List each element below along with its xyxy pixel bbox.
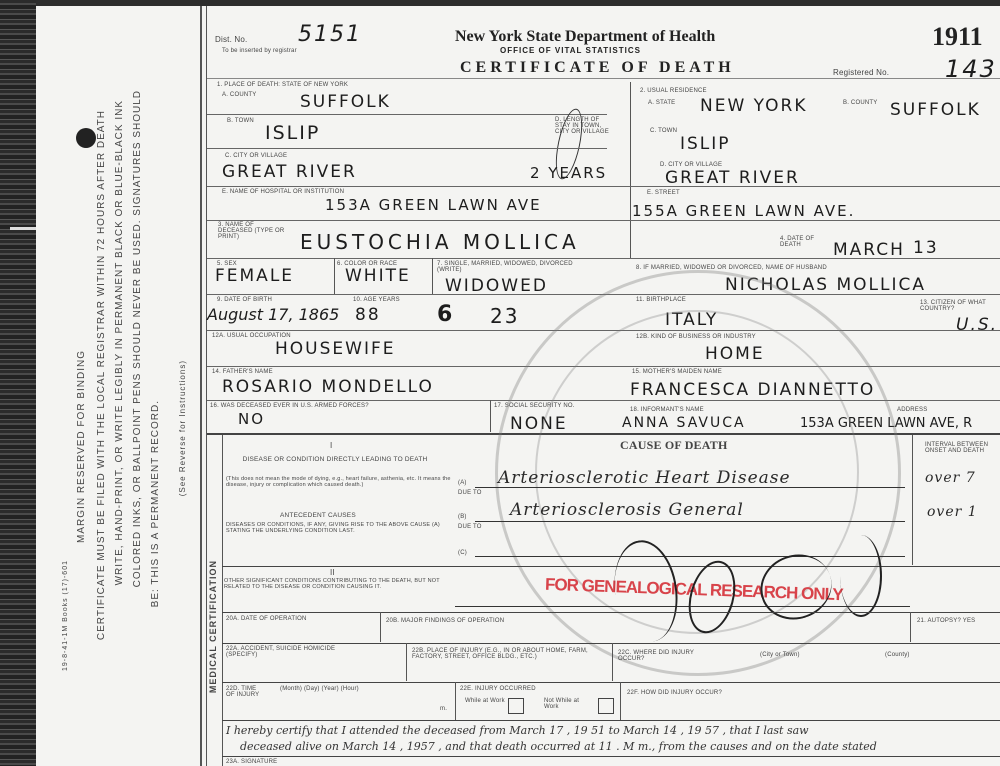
antecedent-title: ANTECEDENT CAUSES xyxy=(280,512,356,519)
armed-forces-label: 16. WAS DECEASED EVER IN U.S. ARMED FORC… xyxy=(210,403,369,409)
form-code: 19-8-41-1M Books (17)-601 xyxy=(62,560,69,671)
interval-label: INTERVAL BETWEEN ONSET AND DEATH xyxy=(925,442,1000,454)
length-of-stay-value: 2 YEARS xyxy=(530,164,607,182)
marital-label: 7. SINGLE, MARRIED, WIDOWED, DIVORCED (w… xyxy=(437,261,587,273)
certificate-title: CERTIFICATE OF DEATH xyxy=(460,59,735,77)
interval-a: over 7 xyxy=(925,470,976,486)
date-of-death-day: 13 xyxy=(913,238,939,258)
occupation-value: HOUSEWIFE xyxy=(275,339,395,359)
part1-num: I xyxy=(330,441,332,450)
dist-no: 5151 xyxy=(298,22,362,47)
column-divider xyxy=(910,612,911,642)
rule xyxy=(222,566,1000,567)
column-divider xyxy=(612,643,613,681)
rule xyxy=(475,556,905,557)
not-at-work-checkbox[interactable] xyxy=(598,698,614,714)
rule xyxy=(222,720,1000,721)
age-months: 6 xyxy=(437,302,454,327)
father-label: 14. FATHER'S NAME xyxy=(212,369,273,375)
city-label: c. CITY OR VILLAGE xyxy=(225,153,287,159)
rule xyxy=(222,643,1000,644)
citizen-value: U.S. xyxy=(956,315,998,335)
rule xyxy=(207,258,1000,259)
margin-line-2: CERTIFICATE MUST BE FILED WITH THE LOCAL… xyxy=(96,110,107,640)
institution-value: 153A GREEN LAWN AVE xyxy=(325,196,542,214)
res-street-value: 155A GREEN LAWN AVE. xyxy=(632,202,855,220)
cause-header: CAUSE OF DEATH xyxy=(620,438,727,453)
column-divider xyxy=(432,258,433,294)
column-divider xyxy=(490,400,491,432)
part1-title: DISEASE OR CONDITION DIRECTLY LEADING TO… xyxy=(240,456,430,463)
res-state-label: a. STATE xyxy=(648,100,675,106)
res-city-value: GREAT RIVER xyxy=(665,168,800,188)
marital-value: WIDOWED xyxy=(445,276,548,296)
place-of-death-label: 1. PLACE OF DEATH: STATE OF NEW YORK xyxy=(217,82,348,88)
margin-line-5: BE: THIS IS A PERMANENT RECORD. xyxy=(150,400,161,607)
dob-value: August 17, 1865 xyxy=(207,305,339,324)
antecedent-note: DISEASES OR CONDITIONS, if any, giving r… xyxy=(226,522,454,534)
occurred-label: 22e. INJURY OCCURRED xyxy=(460,686,536,692)
armed-forces-value: NO xyxy=(238,410,265,428)
margin-divider xyxy=(200,6,202,766)
column-divider xyxy=(630,82,631,258)
registered-no-label: Registered No. xyxy=(833,68,889,77)
rule xyxy=(207,78,1000,79)
while-at-work-checkbox[interactable] xyxy=(508,698,524,714)
rule xyxy=(222,682,1000,683)
rule xyxy=(207,186,1000,187)
due-to-b: DUE TO xyxy=(458,524,482,530)
date-of-death-month: MARCH xyxy=(833,240,905,260)
op-date-label: 20a. DATE OF OPERATION xyxy=(226,616,307,622)
res-county-value: SUFFOLK xyxy=(890,100,981,120)
handwritten-signature-end xyxy=(840,535,882,617)
res-county-label: b. COUNTY xyxy=(843,100,877,106)
county-value: SUFFOLK xyxy=(300,92,391,112)
injury-place-label: 22b. PLACE OF INJURY (e.g., in or about … xyxy=(412,648,607,660)
city-value: GREAT RIVER xyxy=(222,162,357,182)
residence-label: 2. USUAL RESIDENCE xyxy=(640,88,707,94)
sex-value: FEMALE xyxy=(215,266,294,286)
rule xyxy=(207,148,607,149)
column-divider xyxy=(912,435,913,565)
dob-label: 9. DATE OF BIRTH xyxy=(217,297,272,303)
year-stamp: 1911 xyxy=(932,22,983,52)
institution-label: e. NAME OF HOSPITAL OR INSTITUTION xyxy=(222,189,344,195)
father-value: ROSARIO MONDELLO xyxy=(222,377,434,397)
op-findings-label: 20b. MAJOR FINDINGS OF OPERATION xyxy=(386,618,504,624)
res-state-value: NEW YORK xyxy=(700,96,807,116)
rule xyxy=(207,220,1000,221)
res-street-label: e. STREET xyxy=(647,190,680,196)
rule xyxy=(222,756,1000,757)
town-label: b. TOWN xyxy=(227,118,254,124)
rule xyxy=(475,487,905,488)
cause-b-value: Arteriosclerosis General xyxy=(510,500,744,520)
deceased-name: EUSTOCHIA MOLLICA xyxy=(300,230,580,254)
county-label: a. COUNTY xyxy=(222,92,256,98)
accident-label: 22a. ACCIDENT, SUICIDE HOMICIDE (specify… xyxy=(226,646,346,658)
while-at-work-label: While at Work xyxy=(465,698,505,704)
informant-address-label: ADDRESS xyxy=(897,407,927,413)
scan-binding-edge xyxy=(0,0,36,766)
time-m: m. xyxy=(440,706,447,712)
rule xyxy=(475,521,905,522)
dist-no-sub: To be inserted by registrar xyxy=(222,48,297,54)
column-divider xyxy=(380,612,381,642)
margin-line-3: WRITE, HAND-PRINT, OR WRITE LEGIBLY IN P… xyxy=(114,100,125,585)
section-medical-certification: MEDICAL CERTIFICATION xyxy=(208,560,218,693)
certify-line-2: deceased alive on March 14 , 1957 , and … xyxy=(240,740,877,753)
name-label: 3. NAME OF DECEASED (Type or Print) xyxy=(218,222,288,240)
county-col-label: (County) xyxy=(885,652,910,658)
rule xyxy=(455,606,910,607)
cause-b-label: (b) xyxy=(458,514,467,520)
res-town-label: c. TOWN xyxy=(650,128,677,134)
medical-border xyxy=(222,435,223,766)
column-divider xyxy=(455,682,456,720)
date-of-death-label: 4. DATE OF DEATH xyxy=(780,236,820,248)
part2-title: OTHER SIGNIFICANT CONDITIONS contributin… xyxy=(224,578,454,590)
time-columns: (Month) (Day) (Year) (Hour) xyxy=(280,686,359,692)
dist-no-label: Dist. No. xyxy=(215,35,247,44)
agency-title: New York State Department of Health xyxy=(455,28,715,46)
margin-line-4: COLORED INKS, OR BALLPOINT PENS SHOULD N… xyxy=(132,90,143,587)
autopsy-label: 21. AUTOPSY? YES xyxy=(917,618,975,624)
rule xyxy=(222,612,1000,613)
race-value: WHITE xyxy=(345,266,411,286)
part1-note: (This does not mean the mode of dying, e… xyxy=(226,476,454,488)
age-years: 88 xyxy=(355,305,381,325)
age-days: 23 xyxy=(490,304,519,328)
cause-a-label: (a) xyxy=(458,480,467,486)
part2-num: II xyxy=(330,568,335,577)
column-divider xyxy=(620,682,621,720)
margin-line-1: MARGIN RESERVED FOR BINDING xyxy=(76,350,87,543)
margin-line-6: (See Reverse for Instructions) xyxy=(178,360,187,496)
office-title: OFFICE OF VITAL STATISTICS xyxy=(500,46,641,55)
column-divider xyxy=(334,258,335,294)
res-town-value: ISLIP xyxy=(680,134,731,154)
margin-divider-inner xyxy=(206,6,207,766)
how-label: 22f. HOW DID INJURY OCCUR? xyxy=(627,690,722,696)
age-label: 10. AGE Years xyxy=(353,297,400,303)
rule xyxy=(207,114,607,115)
cause-c-label: (c) xyxy=(458,550,467,556)
punch-hole-icon xyxy=(76,128,96,148)
due-to-a: DUE TO xyxy=(458,490,482,496)
column-divider xyxy=(406,643,407,681)
town-value: ISLIP xyxy=(265,122,320,144)
injury-where-label: 22c. WHERE DID INJURY OCCUR? xyxy=(618,650,698,662)
not-at-work-label: Not While at Work xyxy=(544,698,584,710)
city-or-town-label: (City or Town) xyxy=(760,652,800,658)
cause-a-value: Arteriosclerotic Heart Disease xyxy=(498,468,791,488)
interval-b: over 1 xyxy=(927,504,978,520)
certify-line-1: I hereby certify that I attended the dec… xyxy=(226,724,809,737)
signature-label: 23a. SIGNATURE xyxy=(226,759,277,765)
time-label: 22d. TIME OF INJURY xyxy=(226,686,266,698)
citizen-label: 13. CITIZEN OF WHAT COUNTRY? xyxy=(920,300,1000,312)
